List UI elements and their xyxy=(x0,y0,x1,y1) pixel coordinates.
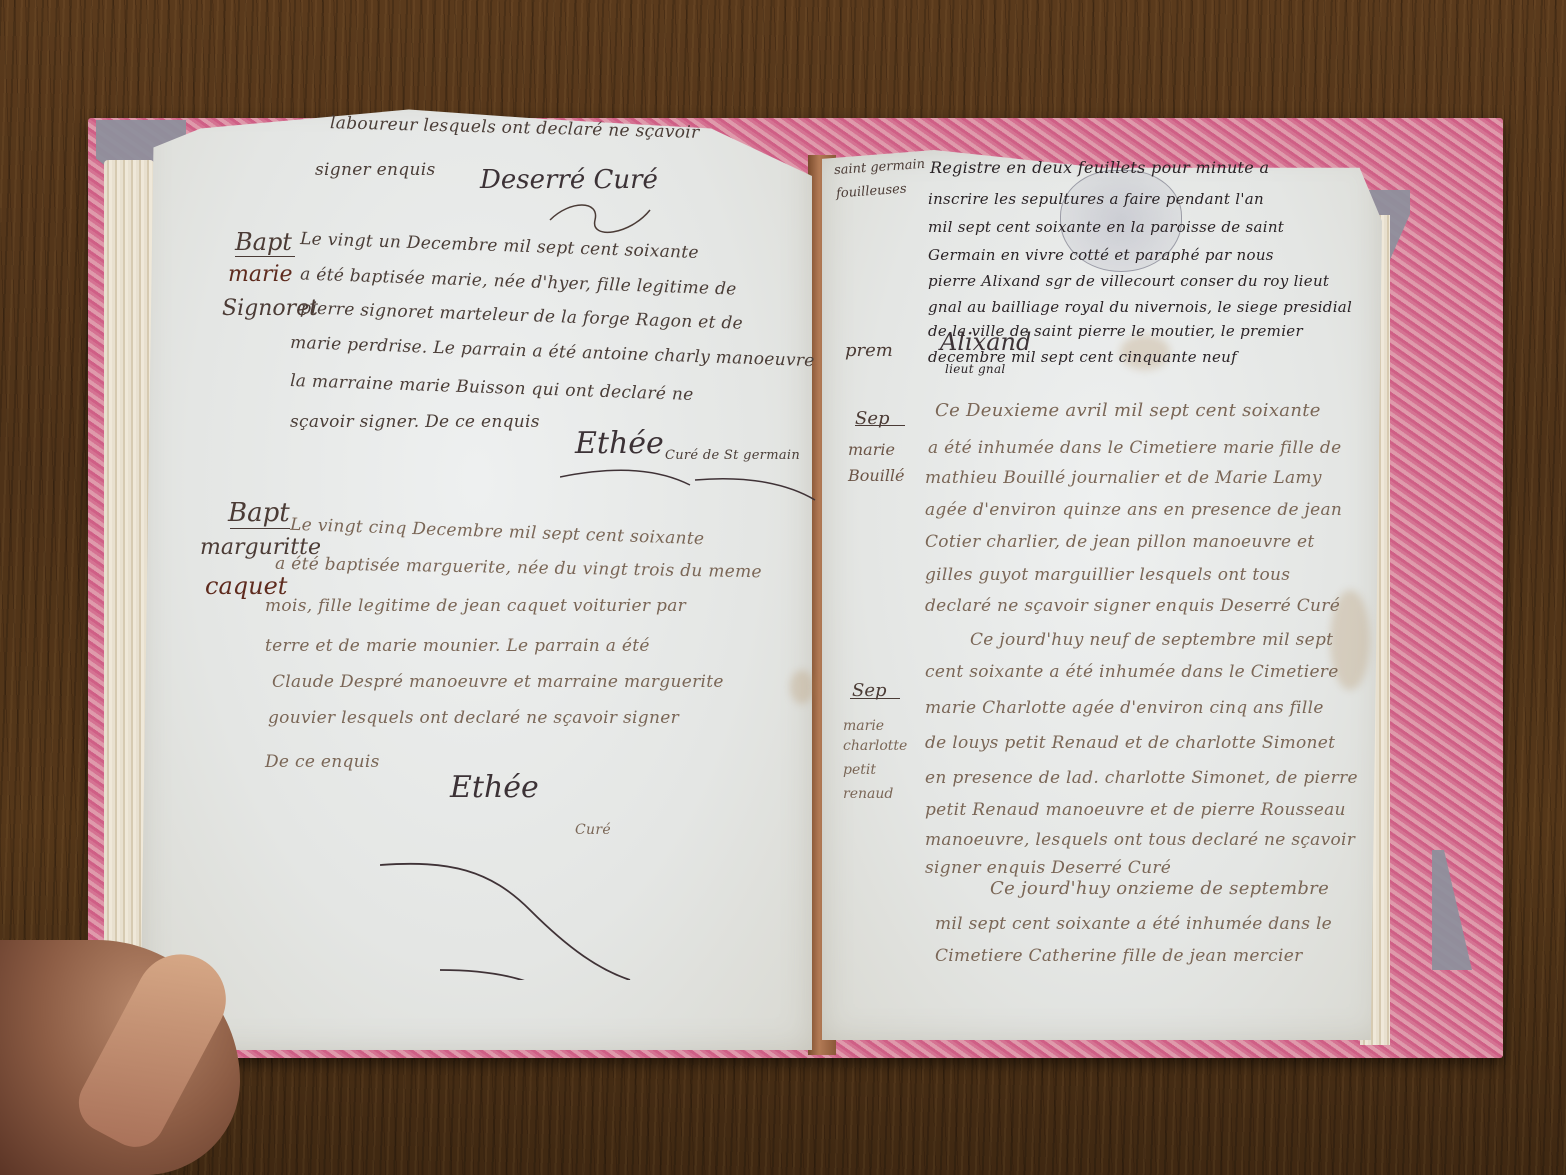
entry-line: Claude Despré manoeuvre et marraine marg… xyxy=(272,672,724,692)
margin-underline xyxy=(855,425,905,426)
margin-note: Bouillé xyxy=(848,466,905,485)
entry-line: mois, fille legitime de jean caquet voit… xyxy=(265,596,686,616)
cure-title: Curé de St germain xyxy=(665,448,800,463)
cure-signature: Ethée xyxy=(575,426,664,461)
entry-line: en presence de lad. charlotte Simonet, d… xyxy=(925,768,1358,788)
top-signature: Deserré Curé xyxy=(480,165,658,195)
margin-note: Bapt xyxy=(235,228,292,256)
entry-line: declaré ne sçavoir signer enquis Deserré… xyxy=(925,596,1340,616)
entry-line: signer enquis Deserré Curé xyxy=(925,858,1171,878)
margin-underline xyxy=(850,698,900,699)
entry-line: Ce jourd'huy neuf de septembre mil sept xyxy=(970,630,1333,650)
margin-note: marie xyxy=(843,718,884,734)
entry-line: Ce Deuxieme avril mil sept cent soixante xyxy=(935,400,1321,421)
register-intro-line: inscrire les sepultures a faire pendant … xyxy=(928,190,1264,208)
entry-line: sçavoir signer. De ce enquis xyxy=(290,412,540,432)
alixand-signature: Alixand xyxy=(940,328,1031,356)
margin-note: Bapt xyxy=(228,498,290,528)
entry-line: mil sept cent soixante a été inhumée dan… xyxy=(935,914,1332,934)
register-intro-line: pierre Alixand sgr de villecourt conser … xyxy=(928,272,1329,290)
entry-line: Ce jourd'huy onzieme de septembre xyxy=(990,878,1329,899)
entry-line: mathieu Bouillé journalier et de Marie L… xyxy=(925,468,1322,488)
cure-signature: Ethée xyxy=(450,770,539,805)
entry-line: gilles guyot marguillier lesquels ont to… xyxy=(925,565,1290,585)
margin-note: charlotte xyxy=(843,738,907,754)
alixand-title: lieut gnal xyxy=(945,362,1006,376)
ink-stain xyxy=(790,670,814,704)
register-intro-line: Registre en deux feuillets pour minute a xyxy=(930,158,1269,177)
entry-line: marie Charlotte agée d'environ cinq ans … xyxy=(925,698,1324,718)
cure-title: Curé xyxy=(575,822,611,838)
entry-line: Cotier charlier, de jean pillon manoeuvr… xyxy=(925,532,1315,552)
entry-line: petit Renaud manoeuvre et de pierre Rous… xyxy=(925,800,1346,820)
margin-underline xyxy=(230,528,290,529)
margin-note: marie xyxy=(228,262,293,287)
page-end-flourish xyxy=(380,860,660,980)
signature-flourish xyxy=(560,465,820,505)
margin-note: renaud xyxy=(843,786,893,802)
margin-note: marie xyxy=(848,440,895,459)
entry-line: de louys petit Renaud et de charlotte Si… xyxy=(925,733,1335,753)
entry-line: a été inhumée dans le Cimetiere marie fi… xyxy=(928,438,1341,458)
margin-note-prem: prem xyxy=(845,340,893,361)
entry-line: manoeuvre, lesquels ont tous declaré ne … xyxy=(925,830,1355,850)
entry-line: De ce enquis xyxy=(265,752,380,772)
left-top-line-2: signer enquis xyxy=(315,160,435,180)
entry-line: gouvier lesquels ont declaré ne sçavoir … xyxy=(268,708,679,728)
register-intro-line: gnal au bailliage royal du nivernois, le… xyxy=(928,298,1352,316)
entry-line: Cimetiere Catherine fille de jean mercie… xyxy=(935,946,1303,966)
register-intro-line: Germain en vivre cotté et paraphé par no… xyxy=(928,246,1274,264)
entry-line: terre et de marie mounier. Le parrain a … xyxy=(265,636,650,656)
margin-note: petit xyxy=(843,762,876,778)
margin-underline xyxy=(235,256,295,257)
register-intro-line: mil sept cent soixante en la paroisse de… xyxy=(928,218,1284,236)
signature-flourish xyxy=(540,195,660,235)
entry-line: cent soixante a été inhumée dans le Cime… xyxy=(925,662,1339,682)
entry-line: agée d'environ quinze ans en presence de… xyxy=(925,500,1342,520)
